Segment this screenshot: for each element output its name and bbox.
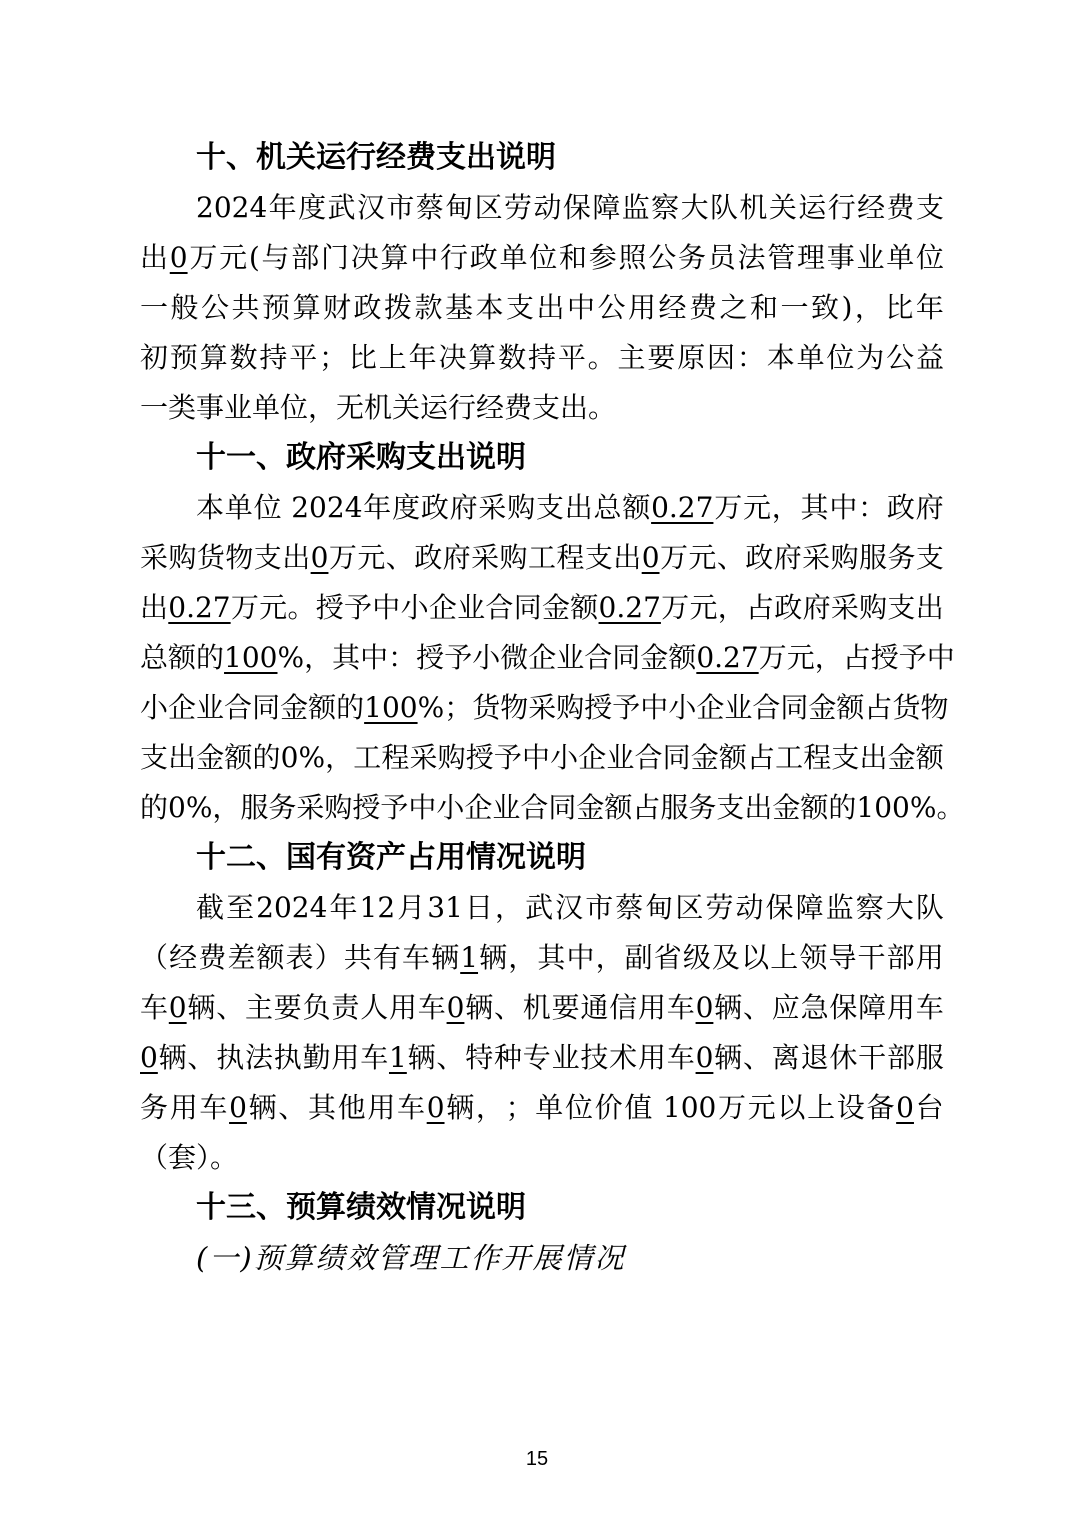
text-run: 采 — [831, 583, 859, 633]
text-run: 级 — [683, 933, 711, 983]
text-run: 采 — [410, 733, 438, 783]
text-run: 决 — [438, 333, 466, 383]
text-run: ； — [319, 333, 347, 383]
text-run: 财 — [323, 283, 351, 333]
text-run: 蔡 — [615, 883, 643, 933]
text-run: 公 — [886, 333, 914, 383]
text-run: 出 — [916, 583, 944, 633]
paragraph-line: 车0辆、主要负责人用车0辆、机要通信用车0辆、应急保障用车 — [140, 983, 944, 1033]
text-run: 公 — [598, 283, 626, 333]
text-run: 益 — [916, 333, 944, 383]
text-run: 物 — [920, 683, 948, 733]
text-run: 一 — [140, 283, 168, 333]
text-run: 辆 — [159, 1033, 187, 1083]
text-run: 蔡 — [416, 183, 444, 233]
text-run: 。 — [588, 333, 616, 383]
text-run: 务 — [140, 1083, 168, 1133]
text-run: 政 — [774, 583, 802, 633]
text-run: ， — [476, 1083, 504, 1133]
text-run: 监 — [826, 883, 854, 933]
text-run: 元 — [219, 233, 247, 283]
text-run: 值 — [624, 1083, 652, 1133]
text-run: 程 — [803, 733, 831, 783]
text-run: 日 — [465, 883, 493, 933]
section-heading: 十一、政府采购支出说明 — [140, 433, 944, 483]
text-run: 物 — [225, 533, 253, 583]
text-run: 数 — [498, 333, 526, 383]
text-run: 同 — [514, 583, 542, 633]
text-run: 采 — [471, 533, 499, 583]
text-run: 万 — [231, 583, 259, 633]
underlined-number: 0 — [170, 233, 188, 283]
text-run: 支 — [916, 183, 944, 233]
text-run: 人 — [360, 983, 388, 1033]
underlined-number: 0 — [229, 1083, 247, 1133]
text-run: 、 — [743, 1033, 771, 1083]
text-run: 车 — [916, 983, 944, 1033]
text-run: （ — [140, 933, 168, 983]
text-run: 算 — [380, 233, 408, 283]
text-run: 车 — [397, 1083, 425, 1133]
text-run: 辆 — [431, 933, 459, 983]
underlined-number: 1 — [460, 933, 478, 983]
text-run: 以 — [777, 1083, 805, 1133]
paragraph-line: 2024年度武汉市蔡甸区劳动保障监察大队机关运行经费支 — [140, 183, 944, 233]
text-run: 价 — [595, 1083, 623, 1133]
text-run: 政 — [421, 483, 449, 533]
text-run: 金 — [640, 633, 668, 683]
text-run: 采 — [528, 683, 556, 733]
text-run: 用 — [170, 1083, 198, 1133]
text-run: 工 — [775, 733, 803, 783]
text-run: 金 — [691, 733, 719, 783]
text-run: 车 — [199, 1083, 227, 1133]
text-run: 公 — [648, 233, 676, 283]
text-run: 府 — [450, 483, 478, 533]
text-run: 及 — [712, 933, 740, 983]
text-run: 之 — [720, 283, 748, 333]
text-run: 特 — [465, 1033, 493, 1083]
text-run: 部 — [291, 233, 319, 283]
text-run: 金 — [808, 683, 836, 733]
text-run: 、 — [717, 533, 745, 583]
text-run: 劳 — [504, 183, 532, 233]
text-run: 金 — [196, 733, 224, 783]
text-run: 、 — [494, 983, 522, 1033]
text-run: 用 — [367, 1083, 395, 1133]
text-run: 般 — [171, 283, 199, 333]
text-run: 中 — [829, 483, 857, 533]
text-run: 要 — [274, 983, 302, 1033]
text-run: 辆 — [446, 1083, 474, 1133]
paragraph-line: 0辆、执法执勤用车1辆、特种专业技术用车0辆、离退休干部服 — [140, 1033, 944, 1083]
paragraph-line: 出0万元(与部门决算中行政单位和参照公务员法管理事业单位 — [140, 233, 944, 283]
text-run: 。 — [287, 583, 315, 633]
text-run: 业 — [606, 733, 634, 783]
text-run: 2024 — [196, 183, 267, 233]
text-run: 购 — [500, 533, 528, 583]
text-run: 金 — [542, 583, 570, 633]
text-run: 采 — [140, 533, 168, 583]
text-run: 府 — [916, 483, 944, 533]
text-run: 予 — [612, 683, 640, 733]
paragraph-line: 初预算数持平；比上年决算数持平。主要原因：本单位为公益 — [140, 333, 944, 383]
text-run: 物 — [500, 683, 528, 733]
text-run: 察 — [856, 883, 884, 933]
text-run: 市 — [386, 183, 414, 233]
text-run: 车 — [667, 1033, 695, 1083]
text-run: 信 — [609, 983, 637, 1033]
text-run: 额 — [308, 683, 336, 733]
text-run: 程 — [556, 533, 584, 583]
text-run: 用 — [638, 983, 666, 1033]
text-run: 备 — [866, 1083, 894, 1133]
text-run: 占 — [843, 633, 871, 683]
text-run: 业 — [556, 633, 584, 683]
text-run: ： — [737, 333, 765, 383]
text-run: 辆 — [249, 1083, 277, 1133]
paragraph-line: （经费差额表）共有车辆1辆，其中，副省级及以上领导干部用 — [140, 933, 944, 983]
text-run: 一 — [781, 283, 809, 333]
text-run: 中 — [566, 933, 594, 983]
text-run: 预 — [262, 283, 290, 333]
text-run: 保 — [766, 883, 794, 933]
text-run: ， — [855, 283, 883, 333]
text-run: 中 — [927, 633, 955, 683]
text-run: 急 — [801, 983, 829, 1033]
text-run: 平 — [558, 333, 586, 383]
text-run: 占 — [746, 583, 774, 633]
text-run: 出 — [282, 533, 310, 583]
text-run: 的 — [196, 633, 224, 683]
underlined-number: 0 — [447, 983, 465, 1033]
text-run: 府 — [443, 533, 471, 583]
text-run: 导 — [828, 933, 856, 983]
text-run: ： — [388, 633, 416, 683]
text-run: 部 — [887, 1033, 915, 1083]
text-run: 府 — [803, 583, 831, 633]
text-run: 合 — [635, 733, 663, 783]
text-run: 责 — [331, 983, 359, 1033]
subsection-heading: (一)预算绩效管理工作开展情况 — [140, 1233, 944, 1283]
text-run: 要 — [552, 983, 580, 1033]
section-heading: 十三、预算绩效情况说明 — [140, 1183, 944, 1233]
text-run: 业 — [552, 1033, 580, 1083]
text-run: 甸 — [445, 183, 473, 233]
text-run: 予 — [344, 583, 372, 633]
text-run: 度 — [392, 483, 420, 533]
text-run: （套）。 — [140, 1141, 238, 1174]
paragraph-line: 务用车0辆、其他用车0辆，；单位价值 100万元以上设备0台 — [140, 1083, 944, 1133]
text-run: 持 — [528, 333, 556, 383]
text-run: 台 — [916, 1083, 944, 1133]
text-run: 经 — [659, 283, 687, 333]
text-run: 差 — [227, 933, 255, 983]
text-run: 占 — [747, 733, 775, 783]
text-run: 支 — [536, 483, 564, 533]
text-run: 业 — [457, 583, 485, 633]
text-run: 万 — [660, 533, 688, 583]
text-run: ( — [249, 233, 260, 283]
text-run: 区 — [475, 183, 503, 233]
text-run: 本 — [196, 483, 224, 533]
text-run: 金 — [888, 733, 916, 783]
text-run: 授 — [416, 633, 444, 683]
text-run: 保 — [829, 983, 857, 1033]
text-run: ， — [718, 583, 746, 633]
text-run: 与 — [261, 233, 289, 283]
text-run: 额 — [668, 633, 696, 683]
text-run: 支 — [831, 733, 859, 783]
text-run: 理 — [797, 233, 825, 283]
text-run: 金 — [280, 683, 308, 733]
text-run: 务 — [887, 533, 915, 583]
text-run: 政 — [887, 483, 915, 533]
text-run: 度 — [298, 183, 326, 233]
text-run: 年 — [363, 483, 391, 533]
paragraph-line: 的0%，服务采购授予中小企业合同金额占服务支出金额的100%。 — [140, 783, 944, 833]
text-run: 队 — [710, 183, 738, 233]
underlined-number: 1 — [389, 1033, 407, 1083]
text-run: 辆 — [714, 1033, 742, 1083]
page-number: 15 — [0, 1448, 1074, 1471]
text-run: 购 — [831, 533, 859, 583]
text-run: 致 — [811, 283, 839, 333]
text-run: 中 — [360, 633, 388, 683]
text-run: 以 — [741, 933, 769, 983]
text-run: 大 — [886, 883, 914, 933]
text-run: 企 — [168, 683, 196, 733]
text-run: 业 — [856, 233, 884, 283]
text-run: 事 — [827, 233, 855, 283]
text-run: 法 — [245, 1033, 273, 1083]
text-run: 款 — [415, 283, 443, 333]
text-run: 经 — [169, 933, 197, 983]
text-run: 汉 — [357, 183, 385, 233]
text-run: 障 — [592, 183, 620, 233]
text-run: 货 — [472, 683, 500, 733]
text-run: 领 — [799, 933, 827, 983]
text-run: 共 — [344, 933, 372, 983]
text-run: 100 — [654, 1083, 716, 1133]
text-run: 出 — [140, 583, 168, 633]
text-run: 平 — [289, 333, 317, 383]
text-run: 汉 — [555, 883, 583, 933]
text-run: 府 — [774, 533, 802, 583]
text-run: 位 — [254, 483, 282, 533]
text-run: 政 — [414, 533, 442, 583]
text-run: 额 — [622, 483, 650, 533]
text-run: 购 — [556, 683, 584, 733]
text-run: 总 — [594, 483, 622, 533]
section-heading: 十、机关运行经费支出说明 — [140, 133, 944, 183]
text-run: 同 — [663, 733, 691, 783]
text-run: 和 — [750, 283, 778, 333]
text-run: 出 — [140, 233, 168, 283]
paragraph-line: 一类事业单位，无机关运行经费支出。 — [140, 383, 944, 433]
text-run: 出 — [613, 533, 641, 583]
text-run: 、 — [278, 1083, 306, 1133]
text-run: 中 — [372, 583, 400, 633]
text-run: 共 — [232, 283, 260, 333]
text-run: 额 — [168, 633, 196, 683]
text-run: 关 — [769, 183, 797, 233]
text-run: 种 — [494, 1033, 522, 1083]
text-run: 的0%，服务采购授予中小企业合同金额占服务支出金额的100%。 — [140, 791, 964, 824]
text-run: 劳 — [705, 883, 733, 933]
text-run: 元 — [688, 533, 716, 583]
text-run: 甸 — [645, 883, 673, 933]
text-run: 武 — [328, 183, 356, 233]
text-run: 额 — [570, 583, 598, 633]
text-run: 小 — [140, 683, 168, 733]
text-run: 位 — [529, 233, 557, 283]
text-run: 执 — [274, 1033, 302, 1083]
text-run: 辆 — [187, 983, 215, 1033]
text-run: 参 — [589, 233, 617, 283]
text-run: 中 — [640, 683, 668, 733]
text-run: 位 — [826, 333, 854, 383]
paragraph-line: 采购货物支出0万元、政府采购工程支出0万元、政府采购服务支 — [140, 533, 944, 583]
text-run: 服 — [916, 1033, 944, 1083]
text-run: 元 — [357, 533, 385, 583]
text-run: 察 — [651, 183, 679, 233]
text-run: 支 — [506, 283, 534, 333]
text-run: 同 — [612, 633, 640, 683]
text-run: ， — [325, 733, 353, 783]
text-run: 务 — [678, 233, 706, 283]
text-run: 合 — [752, 683, 780, 733]
text-run: 元 — [748, 1083, 776, 1133]
text-run: 元 — [743, 483, 771, 533]
text-run: 算 — [293, 283, 321, 333]
text-run: 总 — [140, 633, 168, 683]
text-run: 年 — [916, 283, 944, 333]
underlined-number: 100 — [364, 683, 417, 733]
text-run: 用 — [331, 1033, 359, 1083]
text-run: 照 — [618, 233, 646, 283]
text-run: 上 — [770, 933, 798, 983]
paragraph-line: 一般公共预算财政拨款基本支出中公用经费之和一致)，比年 — [140, 283, 944, 333]
text-run: 应 — [772, 983, 800, 1033]
text-run: 予 — [899, 633, 927, 683]
text-run: % — [418, 683, 445, 733]
text-run: 支 — [585, 533, 613, 583]
text-run: 万 — [189, 233, 217, 283]
text-run: 小 — [472, 633, 500, 683]
underlined-number: 0 — [642, 533, 660, 583]
text-run: 本 — [476, 283, 504, 333]
text-run: 监 — [622, 183, 650, 233]
text-run: 技 — [580, 1033, 608, 1083]
text-run: 、 — [187, 1033, 215, 1083]
text-run: 0% — [281, 733, 325, 783]
text-run: 支 — [140, 733, 168, 783]
text-run: 算 — [468, 333, 496, 383]
text-run: 31 — [427, 883, 463, 933]
text-run: 的 — [253, 733, 281, 783]
text-run: 元 — [259, 583, 287, 633]
text-run: 机 — [523, 983, 551, 1033]
text-run: 采 — [802, 533, 830, 583]
text-run: 年 — [269, 183, 297, 233]
text-run: 万 — [718, 1083, 746, 1133]
text-run: 企 — [578, 733, 606, 783]
text-run: 初 — [140, 333, 168, 383]
underlined-number: 0 — [169, 983, 187, 1033]
text-run: 万 — [714, 483, 742, 533]
text-run: 企 — [696, 683, 724, 733]
text-run: 费 — [887, 183, 915, 233]
underlined-number: 0.27 — [696, 633, 758, 683]
text-run: 持 — [259, 333, 287, 383]
text-run: 授 — [466, 733, 494, 783]
text-run: 万 — [759, 633, 787, 683]
text-run: 门 — [321, 233, 349, 283]
text-run: 法 — [737, 233, 765, 283]
text-run: 用 — [916, 933, 944, 983]
text-run: 年 — [329, 883, 357, 933]
text-run: 出 — [860, 733, 888, 783]
text-run: 额 — [256, 933, 284, 983]
text-run: 大 — [681, 183, 709, 233]
text-run: 占 — [864, 683, 892, 733]
text-run: 月 — [397, 883, 425, 933]
text-run: 、 — [436, 1033, 464, 1083]
text-run: 小 — [550, 733, 578, 783]
text-run: 授 — [584, 683, 612, 733]
text-run: 元 — [689, 583, 717, 633]
text-run: 上 — [807, 1083, 835, 1133]
text-run: 截 — [196, 883, 224, 933]
text-run: 运 — [798, 183, 826, 233]
text-run: 程 — [381, 733, 409, 783]
text-run: 单 — [225, 483, 253, 533]
text-run: 车 — [360, 1033, 388, 1083]
text-run: 予 — [444, 633, 472, 683]
text-run: 辆 — [465, 983, 493, 1033]
text-run: 动 — [533, 183, 561, 233]
text-run: 机 — [739, 183, 767, 233]
text-run: 设 — [837, 1083, 865, 1133]
text-run: 执 — [216, 1033, 244, 1083]
underlined-number: 0 — [311, 533, 329, 583]
underlined-number: 0 — [896, 1083, 914, 1133]
paragraph-line: 支出金额的0%，工程采购授予中小企业合同金额占工程支出金额 — [140, 733, 944, 783]
text-run: 同 — [780, 683, 808, 733]
text-run: 动 — [736, 883, 764, 933]
text-run: 行 — [828, 183, 856, 233]
text-run: 单 — [535, 1083, 563, 1133]
text-run: 比 — [885, 283, 913, 333]
text-run: 术 — [609, 1033, 637, 1083]
text-run: 、 — [386, 533, 414, 583]
text-run: 要 — [647, 333, 675, 383]
text-run: 企 — [528, 633, 556, 683]
text-run: 购 — [507, 483, 535, 533]
text-run: 企 — [429, 583, 457, 633]
text-run: 政 — [470, 233, 498, 283]
text-run: 用 — [389, 983, 417, 1033]
text-run: 算 — [200, 333, 228, 383]
text-run: 其 — [308, 1083, 336, 1133]
text-run: 障 — [796, 883, 824, 933]
text-run: 用 — [628, 283, 656, 333]
text-run: 有 — [373, 933, 401, 983]
underlined-number: 0 — [696, 1033, 714, 1083]
text-run: 、 — [743, 983, 771, 1033]
underlined-number: 0 — [427, 1083, 445, 1133]
